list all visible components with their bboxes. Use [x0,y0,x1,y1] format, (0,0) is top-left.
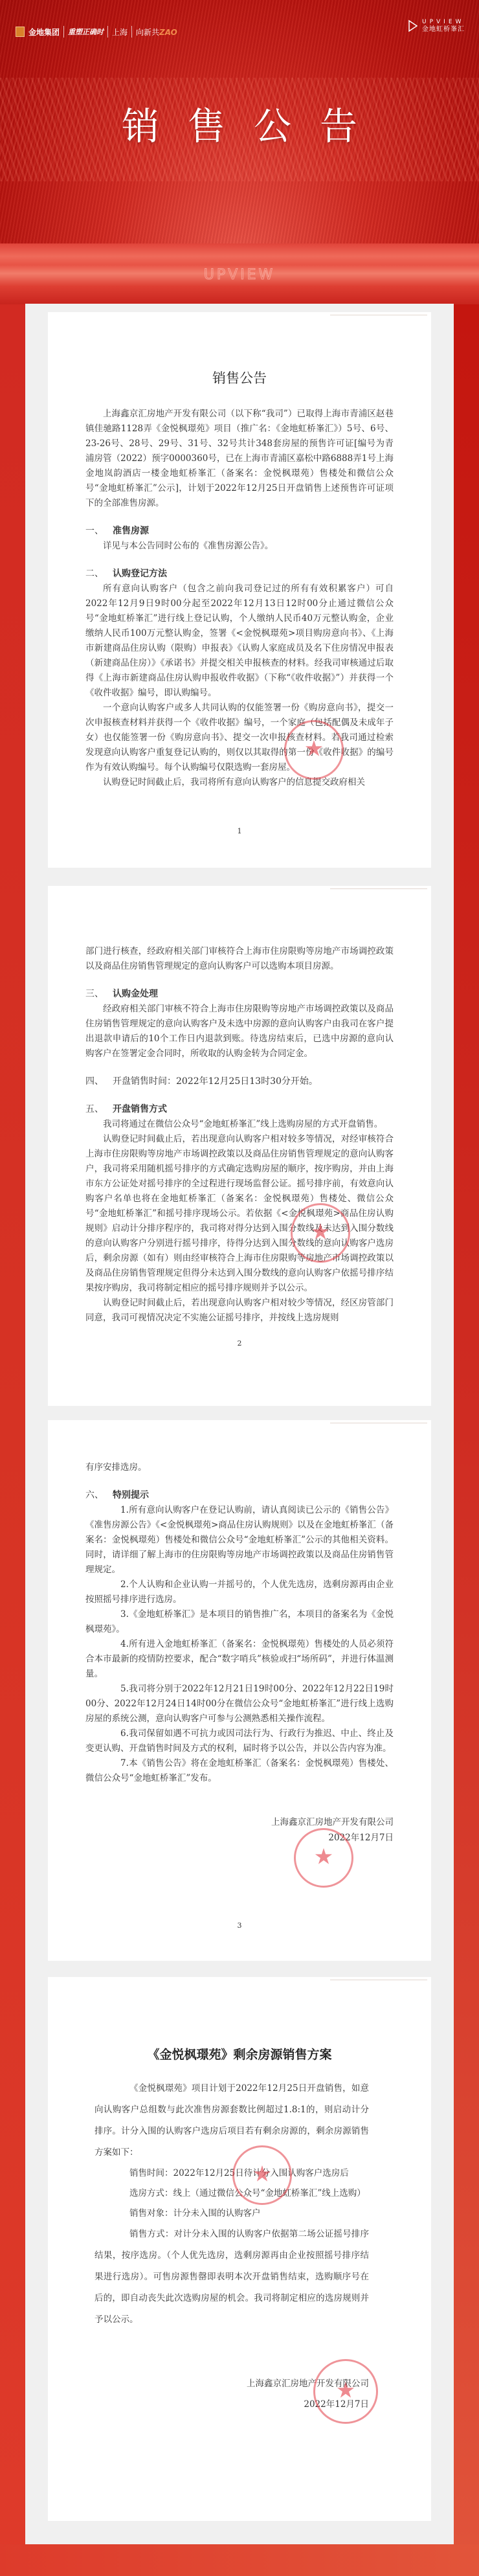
plan-value: 2022年12月25日待计分入围认购客户选房后 [173,2168,349,2178]
tip-num: 7. [103,1756,129,1771]
section-text: 详见与本公告同时公布的《准售房源公告》。 [85,539,394,554]
divider [131,26,132,38]
section-num: 四、 [85,1074,113,1089]
scan-artifact [330,315,427,315]
scan-artifact [330,888,427,889]
section-title: 认购金处理 [113,989,158,999]
tip-num: 2. [103,1577,129,1592]
signature-date: 2022年12月7日 [95,2397,369,2412]
play-logo-icon [408,19,418,32]
bottom-frame [0,2544,479,2576]
plan-label: 销售时间： [129,2168,173,2178]
tip-item: 1.所有意向认购客户在登记认购前，请认真阅读已公示的《销售公告》《准售房源公告》… [85,1503,394,1577]
divider [107,26,108,38]
section-title: 特别提示 [113,1490,149,1500]
tip-item: 5.我司将分别于2022年12月21日19时00分、2022年12月22日19时… [85,1682,394,1726]
tip-item: 2.个人认购和企业认购一并摇号的，个人优先选房，选剩房源再由企业按照摇号排序进行… [85,1577,394,1607]
section-num: 三、 [85,987,113,1002]
plan-method: 销售方式：对计分未入围的认购客户依据第二场公证摇号排序结果，按序选房。（个人优先… [95,2224,369,2331]
scan-artifact [330,1423,427,1423]
group-name: 金地集团 [28,27,60,38]
section-text: 有序安排选房。 [85,1460,394,1475]
document-panel: 销售公告 上海鑫京汇房地产开发有限公司（以下称“我司”）已取得上海市青浦区赵巷镇… [25,304,454,2544]
tip-num: 1. [103,1503,129,1518]
tip-num: 4. [103,1637,129,1652]
tip-text: 《金地虹桥峯汇》是本项目的销售推广名，本项目的备案名为《金悦枫璟苑》。 [85,1609,394,1634]
doc-page-1: 销售公告 上海鑫京汇房地产开发有限公司（以下称“我司”）已取得上海市青浦区赵巷镇… [48,312,431,868]
tip-text: 个人认购和企业认购一并摇号的，个人优先选房，选剩房源再由企业按照摇号排序进行选房… [85,1579,394,1605]
tip-item: 4.所有进入金地虹桥峯汇（备案名：金悦枫璟苑）售楼处的人员必须符合本市最新的疫情… [85,1637,394,1682]
doc-title: 销售公告 [48,368,431,387]
page-title: 销售公告 [0,96,479,150]
section-title: 开盘销售时间：2022年12月25日13时30分开始。 [113,1076,318,1087]
campaign: 向新共ZAO [136,27,177,38]
page-number: 3 [48,1921,431,1930]
section-text: 认购登记时间截止后，若出现意向认购客户相对较少等情况，经区房管部门同意，我司可视… [85,1296,394,1326]
frame-left [0,304,25,2545]
section-num: 二、 [85,567,113,582]
plan-title: 《金悦枫璟苑》剩余房源销售方案 [48,2045,431,2062]
signature-date: 2022年12月7日 [85,1830,394,1846]
tip-num: 5. [103,1682,129,1697]
signature-company: 上海鑫京汇房地产开发有限公司 [85,1814,394,1830]
intro-paragraph: 上海鑫京汇房地产开发有限公司（以下称“我司”）已取得上海市青浦区赵巷镇佳驰路11… [85,407,394,511]
signature-company: 上海鑫京汇房地产开发有限公司 [95,2376,369,2391]
brand-right: UPVIEW 金地虹桥峯汇 [408,19,465,33]
section-heading: 三、认购金处理 [85,987,394,1002]
plan-item: 销售时间：2022年12月25日待计分入围认购客户选房后 [95,2164,369,2184]
tip-text: 我司保留如遇不可抗力或因司法行为、行政行为推迟、中止、终止及变更认购、开盘销售时… [85,1728,394,1754]
plan-item: 销售对象：计分未入围的认购客户 [95,2204,369,2224]
plan-intro: 《金悦枫璟苑》项目计划于2022年12月25日开盘销售，如意向认购客户总组数与此… [95,2078,369,2164]
section-heading: 一、准售房源 [85,524,394,539]
section-text: 认购登记时间截止后，若出现意向认购客户相对较多等情况，对经审核符合上海市住房限购… [85,1132,394,1296]
campaign-prefix: 向新共 [136,28,159,37]
section-text: 所有意向认购客户（包含之前向我司登记过的所有有效积累客户）可自2022年12月9… [85,582,394,701]
plan-item: 选房方式：线上（通过微信公众号“金地虹桥峯汇”线上选购） [95,2184,369,2204]
plan-value: 线上（通过微信公众号“金地虹桥峯汇”线上选购） [173,2188,366,2198]
slogan: 重塑正确时 [68,27,104,37]
section-title: 准售房源 [113,526,149,536]
section-heading: 六、特别提示 [85,1488,394,1503]
tip-item: 3.《金地虹桥峯汇》是本项目的销售推广名，本项目的备案名为《金悦枫璟苑》。 [85,1607,394,1637]
campaign-suffix: ZAO [159,28,177,37]
section-title: 认购登记方法 [113,569,167,579]
plan-label: 选房方式： [129,2188,173,2198]
frame-right [454,304,479,2545]
tip-text: 所有进入金地虹桥峯汇（备案名：金悦枫璟苑）售楼处的人员必须符合本市最新的疫情防控… [85,1639,394,1679]
section-heading: 二、认购登记方法 [85,567,394,582]
page-number: 1 [48,827,431,835]
section-text: 我司将通过在微信公众号“金地虹桥峯汇”线上选购房屋的方式开盘销售。 [85,1117,394,1132]
section-text: 认购登记时间截止后，我司将所有意向认购客户的信息提交政府相关 [85,775,394,790]
doc-page-2: 部门进行核查，经政府相关部门审核符合上海市住房限购等房地产市场调控政策以及商品住… [48,886,431,1406]
scan-artifact [330,1980,427,1980]
tip-text: 我司将分别于2022年12月21日19时00分、2022年12月22日19时00… [85,1684,394,1724]
section-num: 五、 [85,1102,113,1117]
tip-item: 7.本《销售公告》将在金地虹桥峯汇（备案名：金悦枫璟苑）售楼处、微信公众号“金地… [85,1756,394,1786]
tip-text: 本《销售公告》将在金地虹桥峯汇（备案名：金悦枫璟苑）售楼处、微信公众号“金地虹桥… [85,1758,394,1783]
tip-text: 所有意向认购客户在登记认购前，请认真阅读已公示的《销售公告》《准售房源公告》《<… [85,1505,394,1575]
band-watermark: UPVIEW [0,267,479,283]
page-number: 2 [48,1339,431,1348]
section-text: 部门进行核查，经政府相关部门审核符合上海市住房限购等房地产市场调控政策以及商品住… [85,944,394,974]
city: 上海 [112,27,128,38]
gemdale-logo-icon [16,27,25,37]
doc-page-3: 有序安排选房。 六、特别提示 1.所有意向认购客户在登记认购前，请认真阅读已公示… [48,1420,431,1961]
tip-num: 6. [103,1726,129,1741]
section-num: 六、 [85,1488,113,1503]
plan-value: 计分未入围的认购客户 [173,2208,261,2219]
upview-cn: 金地虹桥峯汇 [422,26,465,33]
tip-item: 6.我司保留如遇不可抗力或因司法行为、行政行为推迟、中止、终止及变更认购、开盘销… [85,1726,394,1756]
section-heading: 五、开盘销售方式 [85,1102,394,1117]
divider [63,26,64,38]
section-text: 经政府相关部门审核不符合上海市住房限购等房地产市场调控政策以及商品住房销售管理规… [85,1002,394,1061]
section-heading: 四、开盘销售时间：2022年12月25日13时30分开始。 [85,1074,394,1089]
section-text: 一个意向认购客户或多人共同认购的仅能签署一份《购房意向书》，提交一次申报核查材料… [85,701,394,775]
section-num: 一、 [85,524,113,539]
doc-page-4: 《金悦枫璟苑》剩余房源销售方案 《金悦枫璟苑》项目计划于2022年12月25日开… [48,1977,431,2521]
upview-en: UPVIEW [422,19,465,26]
tip-num: 3. [103,1607,129,1622]
brand-left: 金地集团 重塑正确时 上海 向新共ZAO [16,22,177,41]
section-title: 开盘销售方式 [113,1104,167,1114]
seal-star-icon: ★ [314,1846,333,1868]
plan-label: 销售对象： [129,2208,173,2219]
